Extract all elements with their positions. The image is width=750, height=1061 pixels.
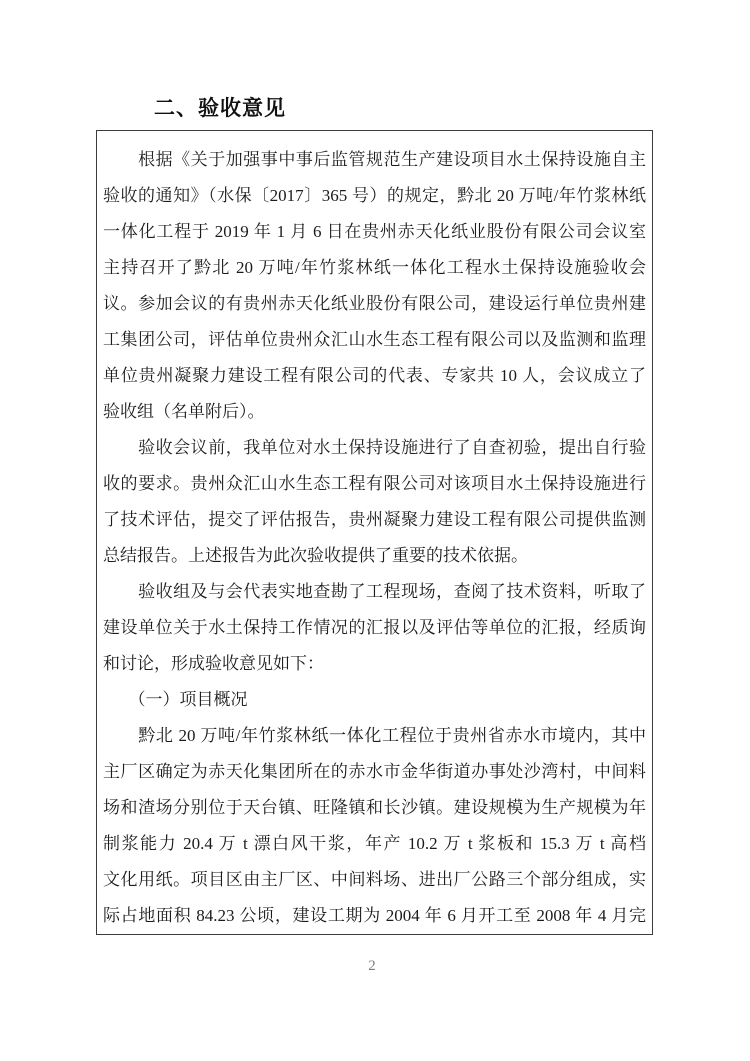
paragraph-pre-acceptance-reports: 验收会议前，我单位对水土保持设施进行了自查初验，提出自行验收的要求。贵州众汇山水… bbox=[103, 430, 646, 574]
page-number: 2 bbox=[0, 958, 744, 975]
paragraph-meeting-convening: 根据《关于加强事中事后监管规范生产建设项目水土保持设施自主验收的通知》（水保〔2… bbox=[103, 142, 646, 430]
text-line: 根据《关于加强事中事后监管规范生产建设项目水土保持设施自主 bbox=[103, 142, 646, 178]
text-line: 制浆能力 20.4 万 t 漂白风干浆，年产 10.2 万 t 浆板和 15.3… bbox=[103, 826, 646, 862]
text-line: 了技术评估，提交了评估报告，贵州凝聚力建设工程有限公司提供监测 bbox=[103, 502, 646, 538]
acceptance-opinion-box: 根据《关于加强事中事后监管规范生产建设项目水土保持设施自主验收的通知》（水保〔2… bbox=[96, 130, 653, 935]
text-line: 单位贵州凝聚力建设工程有限公司的代表、专家共 10 人，会议成立了 bbox=[103, 358, 646, 394]
text-line: （一）项目概况 bbox=[103, 682, 646, 718]
text-line: 总结报告。上述报告为此次验收提供了重要的技术依据。 bbox=[103, 538, 646, 574]
paragraph-project-overview-heading: （一）项目概况 bbox=[103, 682, 646, 718]
text-line: 验收会议前，我单位对水土保持设施进行了自查初验，提出自行验 bbox=[103, 430, 646, 466]
text-line: 和讨论，形成验收意见如下： bbox=[103, 646, 646, 682]
section-title: 二、验收意见 bbox=[154, 92, 286, 122]
document-page: 二、验收意见 根据《关于加强事中事后监管规范生产建设项目水土保持设施自主验收的通… bbox=[0, 0, 750, 1061]
text-line: 一体化工程于 2019 年 1 月 6 日在贵州赤天化纸业股份有限公司会议室 bbox=[103, 214, 646, 250]
text-line: 际占地面积 84.23 公顷，建设工期为 2004 年 6 月开工至 2008 … bbox=[103, 898, 646, 934]
text-line: 验收的通知》（水保〔2017〕365 号）的规定，黔北 20 万吨/年竹浆林纸 bbox=[103, 178, 646, 214]
paragraph-site-inspection: 验收组及与会代表实地查勘了工程现场，查阅了技术资料，听取了建设单位关于水土保持工… bbox=[103, 574, 646, 682]
text-line: 议。参加会议的有贵州赤天化纸业股份有限公司，建设运行单位贵州建 bbox=[103, 286, 646, 322]
text-line: 收的要求。贵州众汇山水生态工程有限公司对该项目水土保持设施进行 bbox=[103, 466, 646, 502]
text-line: 验收组及与会代表实地查勘了工程现场，查阅了技术资料，听取了 bbox=[103, 574, 646, 610]
text-line: 验收组（名单附后）。 bbox=[103, 394, 646, 430]
text-line: 工集团公司，评估单位贵州众汇山水生态工程有限公司以及监测和监理 bbox=[103, 322, 646, 358]
text-line: 主持召开了黔北 20 万吨/年竹浆林纸一体化工程水土保持设施验收会 bbox=[103, 250, 646, 286]
text-line: 场和渣场分别位于天台镇、旺隆镇和长沙镇。建设规模为生产规模为年 bbox=[103, 790, 646, 826]
text-line: 文化用纸。项目区由主厂区、中间料场、进出厂公路三个部分组成，实 bbox=[103, 862, 646, 898]
paragraph-project-overview-body: 黔北 20 万吨/年竹浆林纸一体化工程位于贵州省赤水市境内，其中主厂区确定为赤天… bbox=[103, 718, 646, 934]
text-line: 建设单位关于水土保持工作情况的汇报以及评估等单位的汇报，经质询 bbox=[103, 610, 646, 646]
text-line: 黔北 20 万吨/年竹浆林纸一体化工程位于贵州省赤水市境内，其中 bbox=[103, 718, 646, 754]
text-line: 主厂区确定为赤天化集团所在的赤水市金华街道办事处沙湾村，中间料 bbox=[103, 754, 646, 790]
